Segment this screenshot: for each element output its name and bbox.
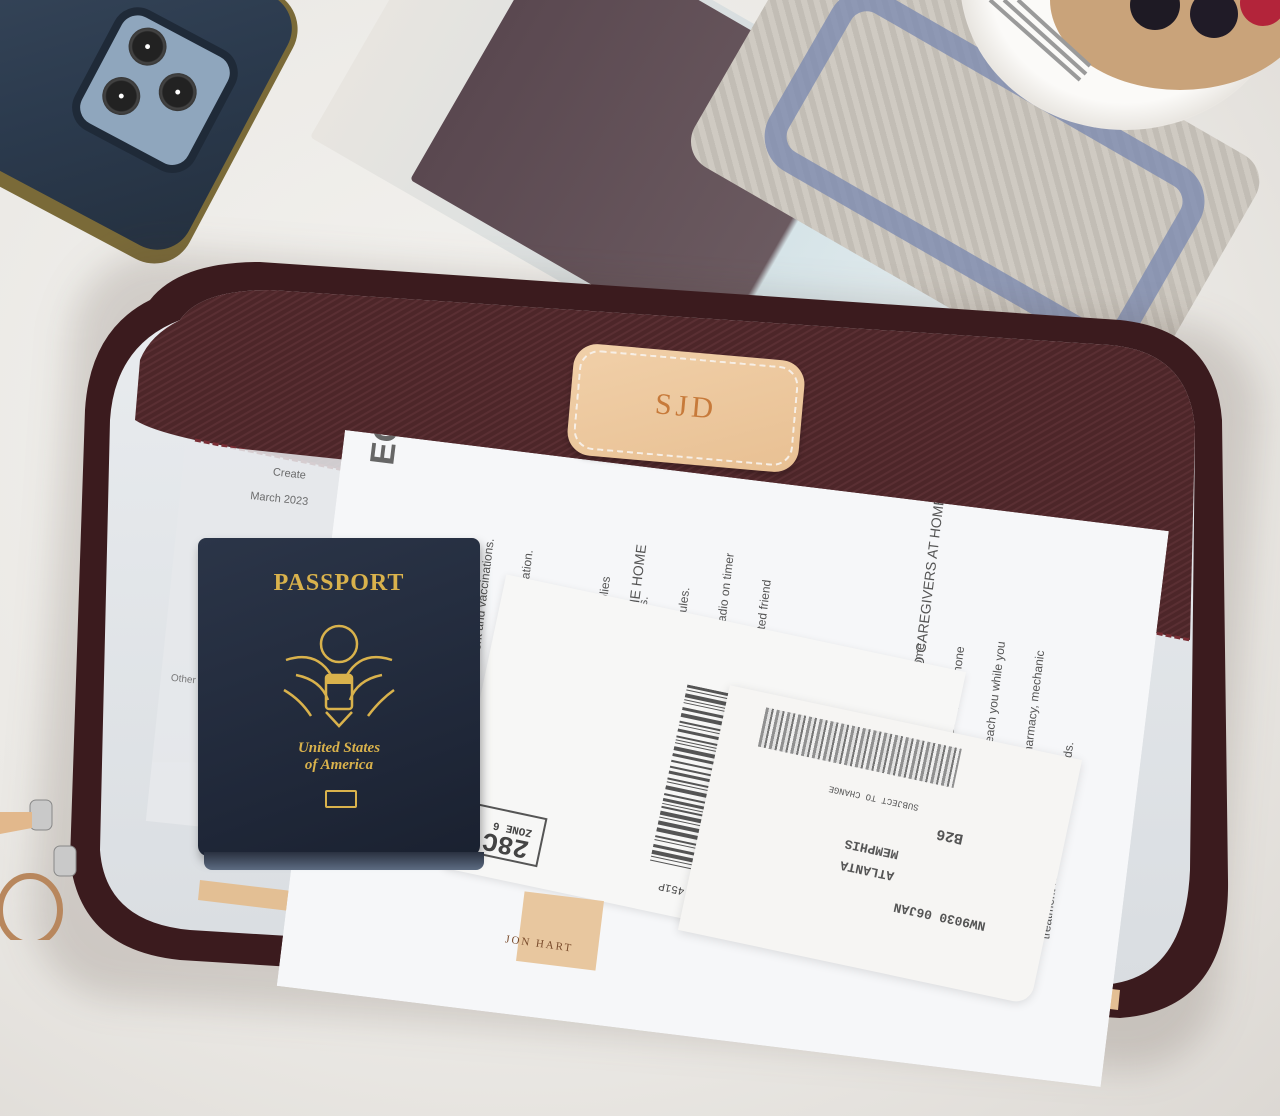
bp2-date: 06JAN — [892, 899, 933, 922]
calendar-month-label: March 2023 — [250, 490, 309, 508]
us-passport: PASSPORT United States of America — [198, 538, 480, 856]
bp2-gate: B26 — [935, 825, 965, 847]
zipper-pull-icon[interactable] — [0, 790, 80, 940]
product-photo-scene: Al — [0, 0, 1280, 1116]
eagle-seal-icon — [276, 620, 402, 730]
brand-leather-loop — [516, 891, 604, 970]
bp2-origin: ATLANTA — [839, 857, 896, 883]
biometric-chip-icon — [325, 790, 357, 808]
calendar-create-button: Create — [272, 466, 306, 481]
monogram-leather-tag: SJD — [566, 342, 807, 474]
bp2-destination: MEMPHIS — [843, 836, 900, 862]
bp2-flight: NW9030 — [938, 909, 987, 933]
passport-country: United States of America — [198, 740, 480, 774]
bp2-note: SUBJECT TO CHANGE — [828, 783, 920, 812]
passport-title: PASSPORT — [198, 570, 480, 597]
